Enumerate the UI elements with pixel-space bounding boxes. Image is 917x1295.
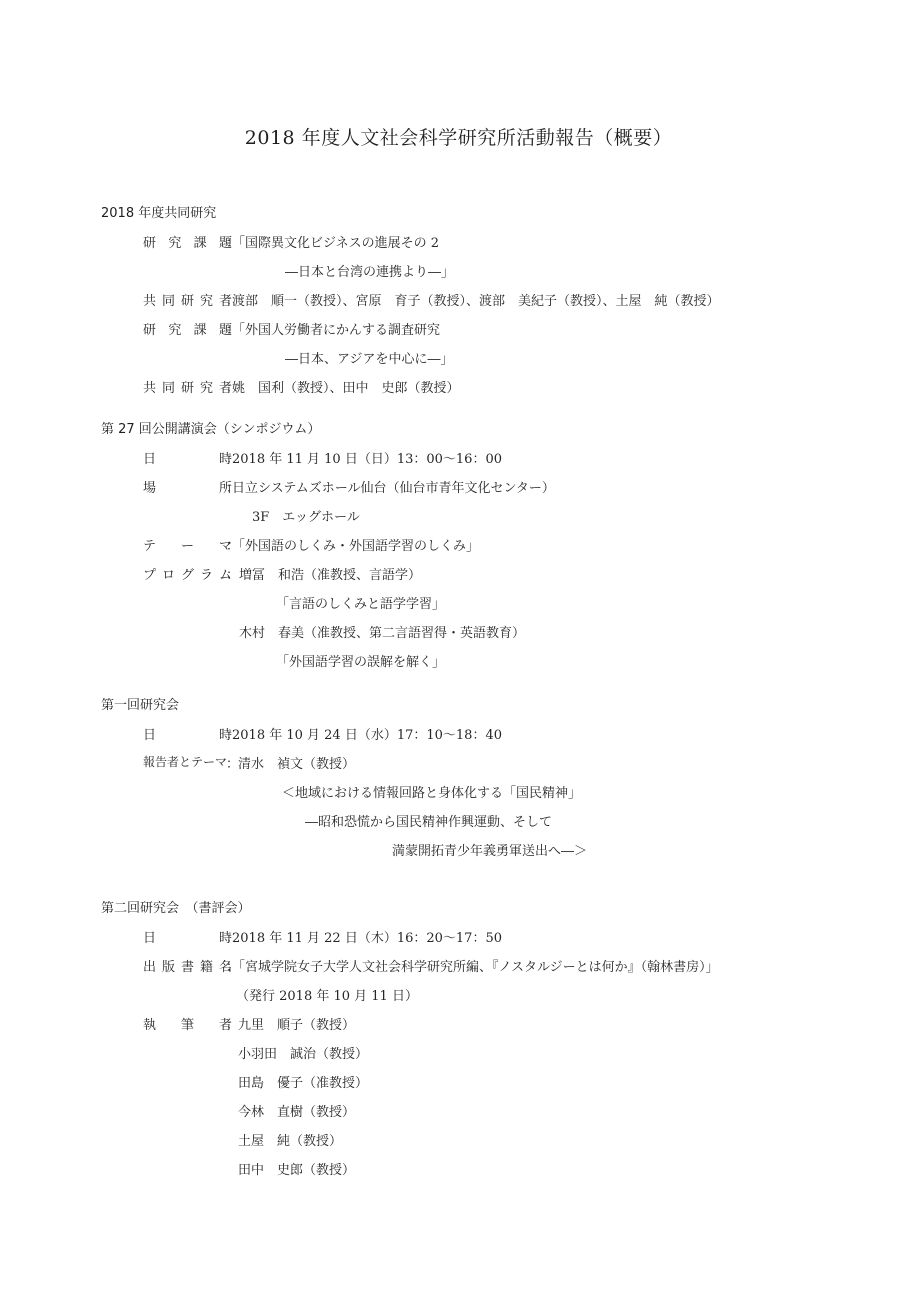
label-char: グ — [181, 564, 194, 583]
label-co-researchers: 共 同 研 究 者 — [143, 290, 232, 309]
label-char: 日 — [143, 724, 156, 743]
label-datetime: 日 時 — [143, 927, 232, 946]
author: 田島 優子（准教授） — [238, 1072, 368, 1091]
label-char: 究 — [200, 290, 213, 309]
research-topic-1-line-1: 「国際異文化ビジネスの進展その 2 — [232, 232, 439, 251]
program-talk-1: 「言語のしくみと語学学習」 — [276, 593, 445, 612]
label-char: 研 — [181, 290, 194, 309]
label-char: 場 — [143, 477, 156, 496]
section-heading-lecture: 第 27 回公開講演会（シンポジウム） — [101, 418, 320, 437]
label-char: 籍 — [200, 956, 213, 975]
label-char: テ — [143, 535, 156, 554]
label-datetime: 日 時 — [143, 724, 232, 743]
lecture-place-line-2: 3F エッグホール — [252, 506, 360, 525]
label-co-researchers: 共 同 研 究 者 — [143, 377, 232, 396]
label-book-title: 出 版 書 籍 名 — [143, 956, 232, 975]
author: 小羽田 誠治（教授） — [238, 1043, 368, 1062]
author: 土屋 純（教授） — [238, 1130, 342, 1149]
research-topic-2-line-1: 「外国人労働者にかんする調査研究 — [232, 319, 440, 338]
label-char: ロ — [162, 564, 175, 583]
label-char: 課 — [194, 232, 207, 251]
co-researchers-2: 姚 国利（教授）、田中 史郎（教授） — [232, 377, 460, 396]
author: 九里 順子（教授） — [238, 1014, 355, 1033]
label-char: 研 — [181, 377, 194, 396]
author: 今林 直樹（教授） — [238, 1101, 355, 1120]
label-char: 日 — [143, 927, 156, 946]
label-char: 筆 — [181, 1014, 194, 1033]
co-researchers-1: 渡部 順一（教授）、宮原 育子（教授）、渡部 美紀子（教授）、土屋 純（教授） — [232, 290, 720, 309]
seminar1-reporter: 清水 禎文（教授） — [238, 753, 355, 772]
label-char: ー — [181, 535, 194, 554]
seminar1-theme-line-1: ＜地域における情報回路と身体化する「国民精神」 — [282, 782, 581, 801]
program-speaker-1: 増冨 和浩（准教授、言語学） — [239, 564, 421, 583]
research-topic-1-line-2: ―日本と台湾の連携より―」 — [285, 261, 454, 280]
seminar2-datetime: 2018 年 11 月 22 日（木）16：20～17：50 — [232, 927, 502, 946]
label-char: 究 — [200, 377, 213, 396]
page-title: 2018 年度人文社会科学研究所活動報告（概要） — [0, 123, 917, 150]
research-topic-2-line-2: ―日本、アジアを中心に―」 — [285, 348, 453, 367]
section-heading-joint-research: 2018 年度共同研究 — [101, 202, 216, 221]
program-talk-2: 「外国語学習の誤解を解く」 — [276, 651, 445, 670]
label-reporter-theme: 報告者とテーマ — [143, 753, 227, 770]
label-char: 研 — [143, 232, 156, 251]
label-char: 研 — [143, 319, 156, 338]
label-program: プ ロ グ ラ ム — [143, 564, 232, 583]
author: 田中 史郎（教授） — [238, 1159, 355, 1178]
label-char: 究 — [168, 319, 181, 338]
label-char: 共 — [143, 377, 156, 396]
book-title: 「宮城学院女子大学人文社会科学研究所編、『ノスタルジーとは何か』（翰林書房）」 — [232, 956, 719, 975]
label-char: 執 — [143, 1014, 156, 1033]
seminar1-datetime: 2018 年 10 月 24 日（水）17：10～18：40 — [232, 724, 502, 743]
label-char: プ — [143, 564, 156, 583]
seminar1-theme-line-3: 満蒙開拓青少年義勇軍送出へ―＞ — [392, 840, 587, 859]
label-char: 究 — [168, 232, 181, 251]
seminar1-theme-line-2: ―昭和恐慌から国民精神作興運動、そして — [305, 811, 552, 830]
section-heading-seminar-1: 第一回研究会 — [101, 694, 179, 713]
book-publish-date: （発行 2018 年 10 月 11 日） — [236, 985, 418, 1004]
section-heading-seminar-2: 第二回研究会 （書評会） — [101, 897, 251, 916]
label-research-topic: 研 究 課 題 — [143, 232, 232, 251]
label-char: 同 — [162, 377, 175, 396]
label-place: 場 所 — [143, 477, 232, 496]
label-char: 書 — [181, 956, 194, 975]
label-char: 課 — [194, 319, 207, 338]
program-speaker-2: 木村 春美（准教授、第二言語習得・英語教育） — [239, 622, 525, 641]
label-theme: テ ー マ — [143, 535, 232, 554]
lecture-datetime: 2018 年 11 月 10 日（日）13：00～16：00 — [232, 448, 502, 467]
label-research-topic: 研 究 課 題 — [143, 319, 232, 338]
label-char: 日 — [143, 448, 156, 467]
label-char: ラ — [200, 564, 213, 583]
lecture-place-line-1: 日立システムズホール仙台（仙台市青年文化センター） — [232, 477, 555, 496]
lecture-theme: 「外国語のしくみ・外国語学習のしくみ」 — [232, 535, 479, 554]
label-char: 版 — [162, 956, 175, 975]
colon: ： — [226, 564, 239, 583]
label-char: 同 — [162, 290, 175, 309]
label-char: 共 — [143, 290, 156, 309]
label-datetime: 日 時 — [143, 448, 232, 467]
label-authors: 執 筆 者 — [143, 1014, 232, 1033]
label-char: 出 — [143, 956, 156, 975]
